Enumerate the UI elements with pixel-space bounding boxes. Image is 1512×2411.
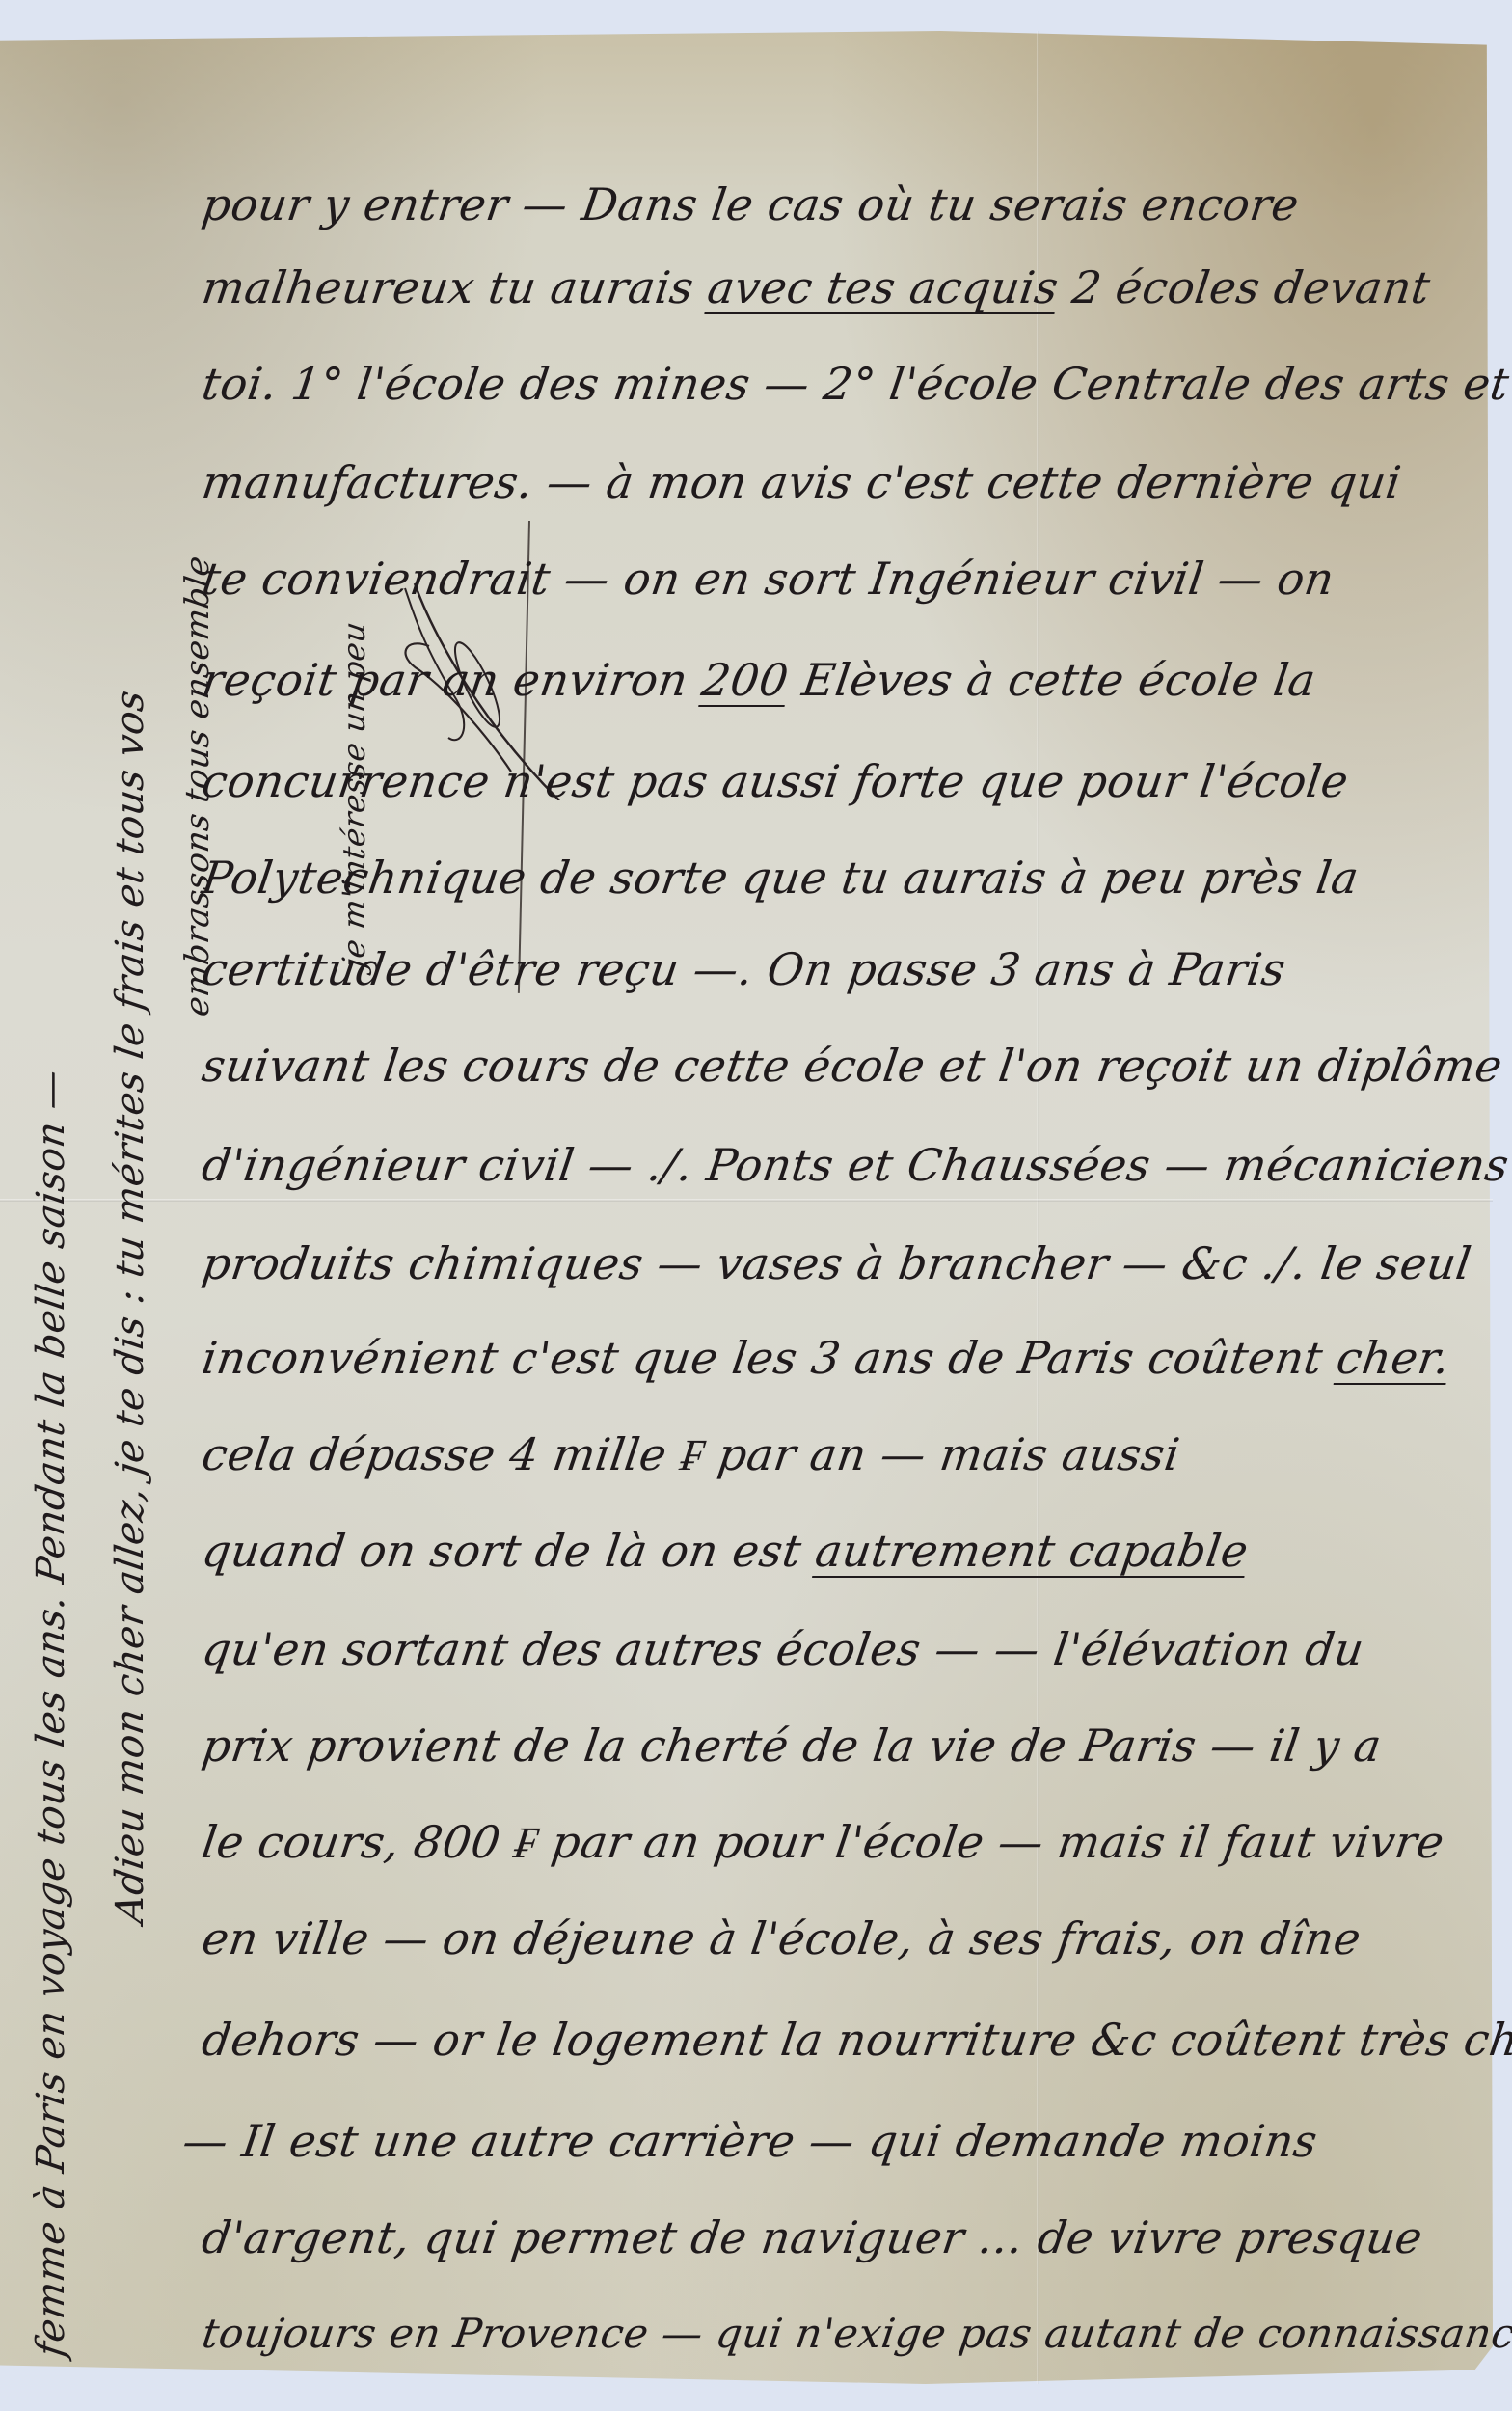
letter-line: toujours en Provence — qui n'exige pas a… [199, 2305, 1512, 2363]
letter-line: produits chimiques — vases à brancher — … [199, 1234, 1475, 1292]
letter-line: d'ingénieur civil — ./. Ponts et Chaussé… [199, 1136, 1512, 1194]
letter-line: toi. 1° l'école des mines — 2° l'école C… [199, 355, 1512, 413]
letter-line: malheureux tu aurais avec tes acquis 2 é… [199, 258, 1434, 316]
letter-line: quand on sort de là on est autrement cap… [199, 1522, 1253, 1580]
letter-line: en ville — on déjeune à l'école, à ses f… [199, 1910, 1365, 1967]
margin-note: Adieu mon cher allez, je te dis : tu mér… [106, 687, 154, 1926]
letter-line: suivant les cours de cette école et l'on… [199, 1037, 1506, 1095]
horizontal-fold-crease [0, 1199, 1493, 1202]
margin-note: femme à Paris en voyage tous les ans. Pe… [27, 1067, 75, 2360]
underlined-number: 200 [698, 654, 792, 706]
letter-line: cela dépasse 4 mille ₣ par an — mais aus… [199, 1425, 1184, 1483]
letter-line: te conviendrait — on en sort Ingénieur c… [199, 550, 1338, 608]
letter-line: inconvénient c'est que les 3 ans de Pari… [199, 1329, 1454, 1387]
letter-line: pour y entrer — Dans le cas où tu serais… [199, 176, 1303, 233]
letter-line: le cours, 800 ₣ par an pour l'école — ma… [199, 1813, 1448, 1871]
margin-annotation: je m'intéresse un peu [330, 618, 378, 971]
letter-line: dehors — or le logement la nourriture &c… [199, 2011, 1512, 2069]
underlined-phrase: avec tes acquis [704, 261, 1062, 313]
letter-line: prix provient de la cherté de la vie de … [199, 1717, 1386, 1774]
letter-line: manufactures. — à mon avis c'est cette d… [199, 453, 1405, 511]
letter-line: — Il est une autre carrière — qui demand… [179, 2112, 1321, 2170]
underlined-phrase: autrement capable [812, 1525, 1252, 1577]
letter-line: d'argent, qui permet de naviguer … de vi… [199, 2208, 1426, 2266]
margin-note: embrassons tous ensemble [174, 553, 222, 1019]
underlined-word: cher. [1334, 1332, 1453, 1384]
letter-line: qu'en sortant des autres écoles — — l'él… [199, 1620, 1368, 1678]
